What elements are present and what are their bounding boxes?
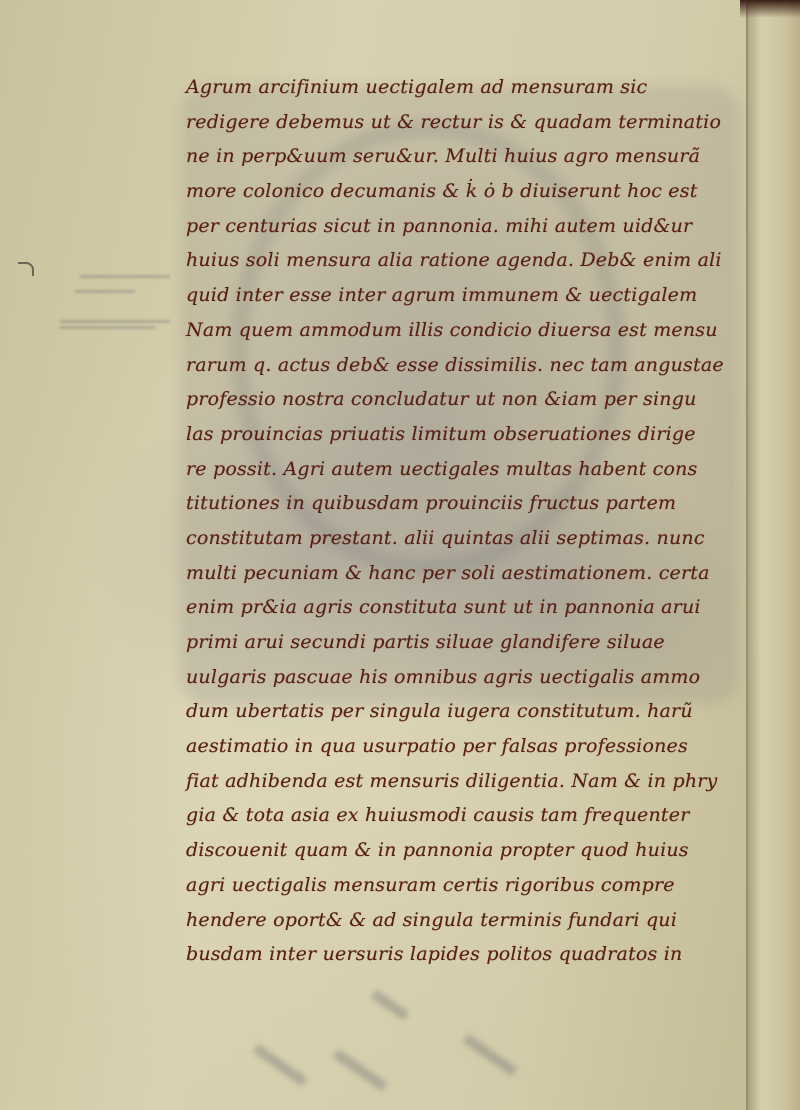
binding-edge [740,0,800,18]
text-line: ne in perp&uum seru&ur. Multi huius agro… [186,139,726,174]
faded-margin-note [75,290,135,293]
faded-margin-note [80,275,170,278]
text-line: enim pr&ia agris constituta sunt ut in p… [186,590,726,625]
stain [253,1044,308,1087]
text-line: uulgaris pascuae his omnibus agris uecti… [186,660,726,695]
text-line: professio nostra concludatur ut non &iam… [186,382,726,417]
text-line: Nam quem ammodum illis condicio diuersa … [186,313,726,348]
text-line: gia & tota asia ex huiusmodi causis tam … [186,798,726,833]
text-line: per centurias sicut in pannonia. mihi au… [186,209,726,244]
text-line: aestimatio in qua usurpatio per falsas p… [186,729,726,764]
text-line: huius soli mensura alia ratione agenda. … [186,243,726,278]
faded-margin-note [60,320,170,323]
text-line: re possit. Agri autem uectigales multas … [186,452,726,487]
text-line: discouenit quam & in pannonia propter qu… [186,833,726,868]
text-line: redigere debemus ut & rectur is & quadam… [186,105,726,140]
text-line: rarum q. actus deb& esse dissimilis. nec… [186,348,726,383]
text-line: las prouincias priuatis limitum obseruat… [186,417,726,452]
manuscript-page: Agrum arcifinium uectigalem ad mensuram … [0,0,800,1110]
text-line: titutiones in quibusdam prouinciis fruct… [186,486,726,521]
margin-mark-icon [18,262,34,276]
text-line: fiat adhibenda est mensuris diligentia. … [186,764,726,799]
text-line: multi pecuniam & hanc per soli aestimati… [186,556,726,591]
text-line: agri uectigalis mensuram certis rigoribu… [186,868,726,903]
stain [463,1034,518,1077]
page-gutter [746,0,800,1110]
faded-margin-note [60,326,155,329]
text-line: constitutam prestant. alii quintas alii … [186,521,726,556]
text-line: quid inter esse inter agrum immunem & ue… [186,278,726,313]
text-line: more colonico decumanis & k̇ ȯ b diuiser… [186,174,726,209]
manuscript-text-block: Agrum arcifinium uectigalem ad mensuram … [186,70,726,972]
text-line: primi arui secundi partis siluae glandif… [186,625,726,660]
stain [371,989,410,1020]
text-line: dum ubertatis per singula iugera constit… [186,694,726,729]
stain [333,1049,388,1092]
text-line: busdam inter uersuris lapides politos qu… [186,937,726,972]
text-line: hendere oport& & ad singula terminis fun… [186,903,726,938]
text-line: Agrum arcifinium uectigalem ad mensuram … [186,70,726,105]
